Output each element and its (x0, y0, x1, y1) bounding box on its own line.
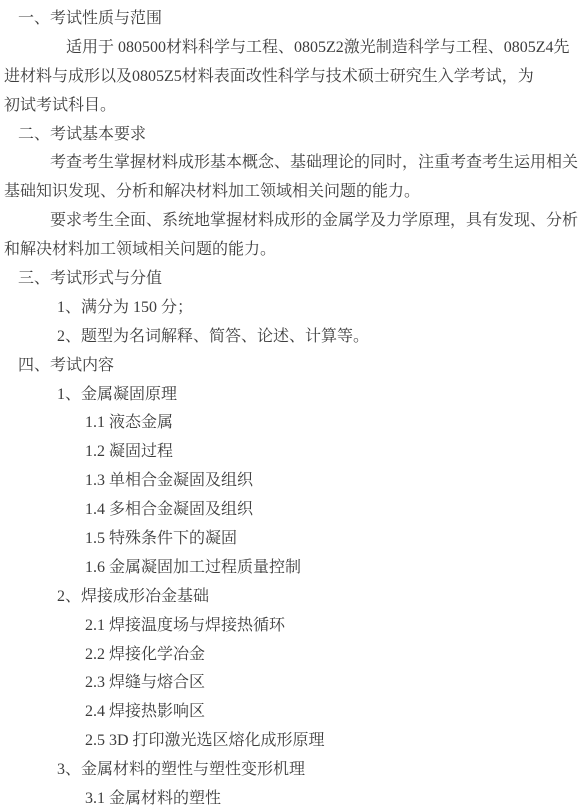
topic-subitem: 3.1 金属材料的塑性 (4, 786, 578, 807)
topic-subitem: 2.2 焊接化学冶金 (4, 642, 578, 671)
document-page: 一、考试性质与范围 适用于 080500材料科学与工程、0805Z2激光制造科学… (0, 0, 581, 807)
topic-subitem: 2.5 3D 打印激光选区熔化成形原理 (4, 728, 578, 757)
topic-subitem: 1.3 单相合金凝固及组织 (4, 468, 578, 497)
section-3-heading: 三、考试形式与分值 (4, 266, 578, 295)
section-1-heading: 一、考试性质与范围 (4, 6, 578, 35)
paragraph-line: 进材料与成形以及0805Z5材料表面改性科学与技术硕士研究生入学考试，为 (4, 64, 578, 93)
topic-subitem: 1.4 多相合金凝固及组织 (4, 497, 578, 526)
topic-label: 1、金属凝固原理 (4, 382, 578, 411)
list-item: 1、满分为 150 分； (4, 295, 578, 324)
topic-subitem: 2.4 焊接热影响区 (4, 699, 578, 728)
topic-subitem: 2.1 焊接温度场与焊接热循环 (4, 613, 578, 642)
topic-label: 2、焊接成形冶金基础 (4, 584, 578, 613)
topic-label: 3、金属材料的塑性与塑性变形机理 (4, 757, 578, 786)
paragraph-line: 初试考试科目。 (4, 93, 578, 122)
paragraph-line: 和解决材料加工领域相关问题的能力。 (4, 237, 578, 266)
paragraph-line: 适用于 080500材料科学与工程、0805Z2激光制造科学与工程、0805Z4… (4, 35, 578, 64)
section-4-heading: 四、考试内容 (4, 353, 578, 382)
topic-subitem: 1.5 特殊条件下的凝固 (4, 526, 578, 555)
section-2-heading: 二、考试基本要求 (4, 122, 578, 151)
paragraph-line: 基础知识发现、分析和解决材料加工领域相关问题的能力。 (4, 179, 578, 208)
topic-subitem: 1.2 凝固过程 (4, 439, 578, 468)
list-item: 2、题型为名词解释、简答、论述、计算等。 (4, 324, 578, 353)
paragraph-line: 要求考生全面、系统地掌握材料成形的金属学及力学原理，具有发现、分析 (4, 208, 578, 237)
topic-subitem: 1.6 金属凝固加工过程质量控制 (4, 555, 578, 584)
topic-subitem: 2.3 焊缝与熔合区 (4, 670, 578, 699)
paragraph-line: 考查考生掌握材料成形基本概念、基础理论的同时，注重考查考生运用相关 (4, 150, 578, 179)
topic-subitem: 1.1 液态金属 (4, 410, 578, 439)
